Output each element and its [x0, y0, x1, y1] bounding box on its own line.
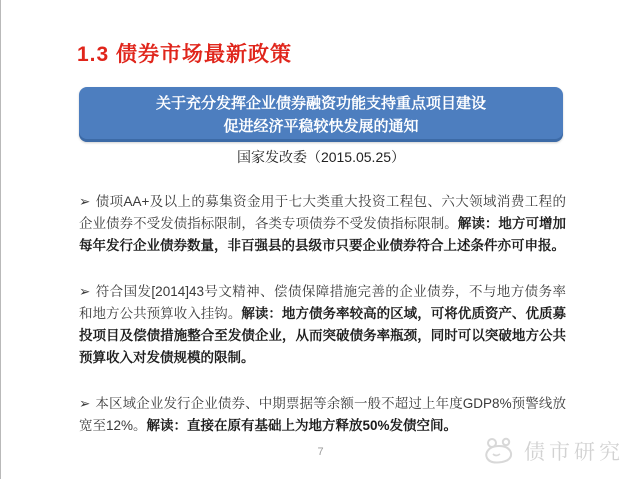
slide-title: 1.3 债券市场最新政策 [77, 38, 292, 68]
panda-logo-icon [482, 436, 516, 466]
slide: 1.3 债券市场最新政策 关于充分发挥企业债券融资功能支持重点项目建设 促进经济… [0, 0, 640, 479]
bullet-3-interpretation: 解读：直接在原有基础上为地方释放50%发债空间。 [147, 418, 458, 433]
arrow-bullet-icon: ➢ [79, 284, 90, 299]
bullet-item-1: ➢债项AA+及以上的募集资金用于七大类重大投资工程包、六大领域消费工程的企业债券… [79, 191, 566, 257]
bullet-item-3: ➢本区域企业发行企业债券、中期票据等余额一般不超过上年度GDP8%预警线放宽至1… [79, 393, 566, 437]
source-line: 国家发改委（2015.05.25） [79, 147, 563, 167]
banner-line-1: 关于充分发挥企业债券融资功能支持重点项目建设 [156, 92, 486, 115]
arrow-bullet-icon: ➢ [79, 396, 90, 411]
watermark-label: 债市研究 [524, 436, 624, 466]
bullet-item-2: ➢符合国发[2014]43号文精神、偿债保障措施完善的企业债券，不与地方债务率和… [79, 281, 566, 369]
bullet-list: ➢债项AA+及以上的募集资金用于七大类重大投资工程包、六大领域消费工程的企业债券… [79, 191, 566, 461]
arrow-bullet-icon: ➢ [79, 194, 90, 209]
policy-title-banner: 关于充分发挥企业债券融资功能支持重点项目建设 促进经济平稳较快发展的通知 [79, 87, 563, 142]
banner-line-2: 促进经济平稳较快发展的通知 [223, 115, 418, 138]
watermark: 债市研究 [482, 436, 624, 466]
